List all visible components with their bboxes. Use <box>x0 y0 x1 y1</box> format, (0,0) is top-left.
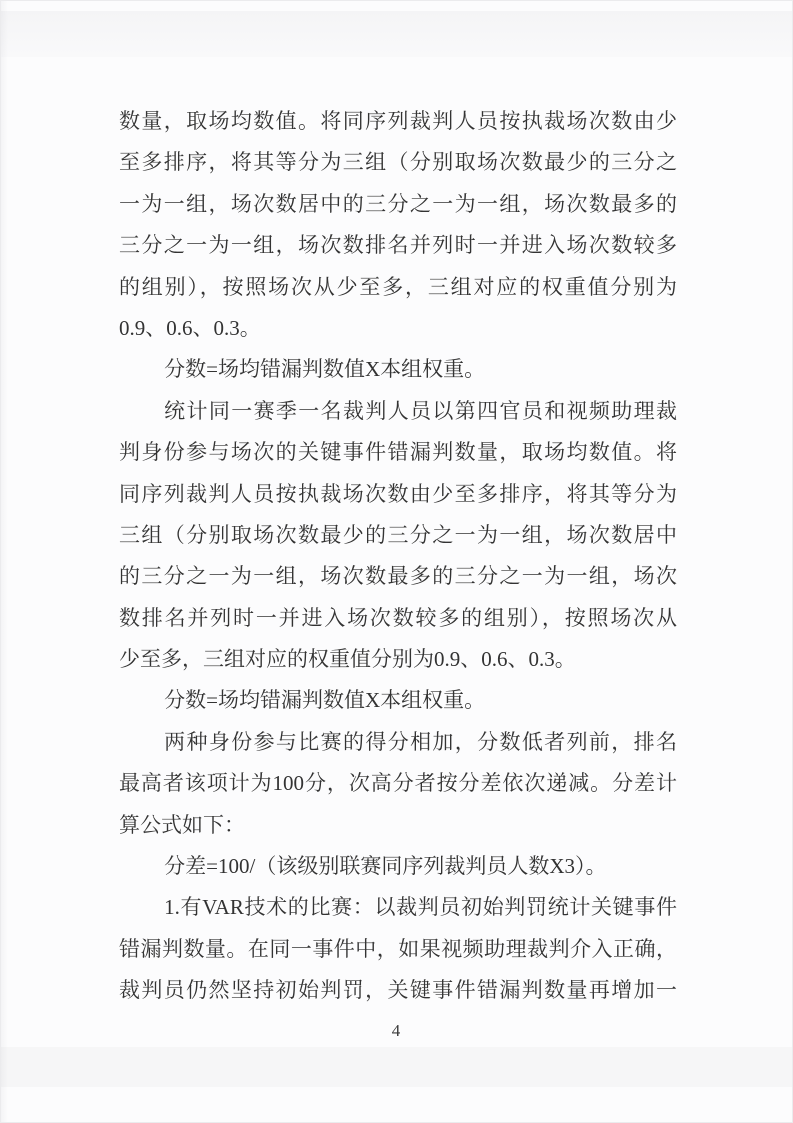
text-line: 错漏判数量。在同一事件中，如果视频助理裁判介入正确， <box>119 929 677 970</box>
text-line: 裁判员仍然坚持初始判罚，关键事件错漏判数量再增加一 <box>119 970 677 1011</box>
scan-artifact-top <box>1 11 792 57</box>
text-line: 一为一组，场次数居中的三分之一为一组，场次数最多的 <box>119 184 677 225</box>
text-line: 算公式如下： <box>119 805 677 846</box>
text-line: 数排名并列时一并进入场次数较多的组别），按照场次从 <box>119 598 677 639</box>
text-line: 的三分之一为一组，场次数最多的三分之一为一组，场次 <box>119 556 677 597</box>
text-line: 1.有VAR技术的比赛：以裁判员初始判罚统计关键事件 <box>119 887 677 928</box>
scanned-document-page: 数量，取场均数值。将同序列裁判人员按执裁场次数由少至多排序，将其等分为三组（分别… <box>0 0 793 1123</box>
text-line: 至多排序，将其等分为三组（分别取场次数最少的三分之 <box>119 142 677 183</box>
scan-artifact-left <box>1 1 8 1122</box>
text-line: 分数=场均错漏判数值X本组权重。 <box>119 349 677 390</box>
text-line: 同序列裁判人员按执裁场次数由少至多排序，将其等分为 <box>119 474 677 515</box>
text-line: 统计同一赛季一名裁判人员以第四官员和视频助理裁 <box>119 391 677 432</box>
text-line: 分差=100/（该级别联赛同序列裁判员人数X3）。 <box>119 846 677 887</box>
text-line: 的组别），按照场次从少至多，三组对应的权重值分别为 <box>119 267 677 308</box>
text-line: 三组（分别取场次数最少的三分之一为一组，场次数居中 <box>119 515 677 556</box>
scan-artifact-bottom <box>1 1047 792 1087</box>
text-line: 0.9、0.6、0.3。 <box>119 308 677 349</box>
text-line: 分数=场均错漏判数值X本组权重。 <box>119 680 677 721</box>
text-line: 判身份参与场次的关键事件错漏判数量，取场均数值。将 <box>119 432 677 473</box>
text-line: 少至多，三组对应的权重值分别为0.9、0.6、0.3。 <box>119 639 677 680</box>
document-body: 数量，取场均数值。将同序列裁判人员按执裁场次数由少至多排序，将其等分为三组（分别… <box>119 101 677 1012</box>
text-line: 数量，取场均数值。将同序列裁判人员按执裁场次数由少 <box>119 101 677 142</box>
text-line: 三分之一为一组，场次数排名并列时一并进入场次数较多 <box>119 225 677 266</box>
text-line: 两种身份参与比赛的得分相加，分数低者列前，排名 <box>119 722 677 763</box>
page-number: 4 <box>1 1020 792 1042</box>
text-line: 最高者该项计为100分，次高分者按分差依次递减。分差计 <box>119 763 677 804</box>
